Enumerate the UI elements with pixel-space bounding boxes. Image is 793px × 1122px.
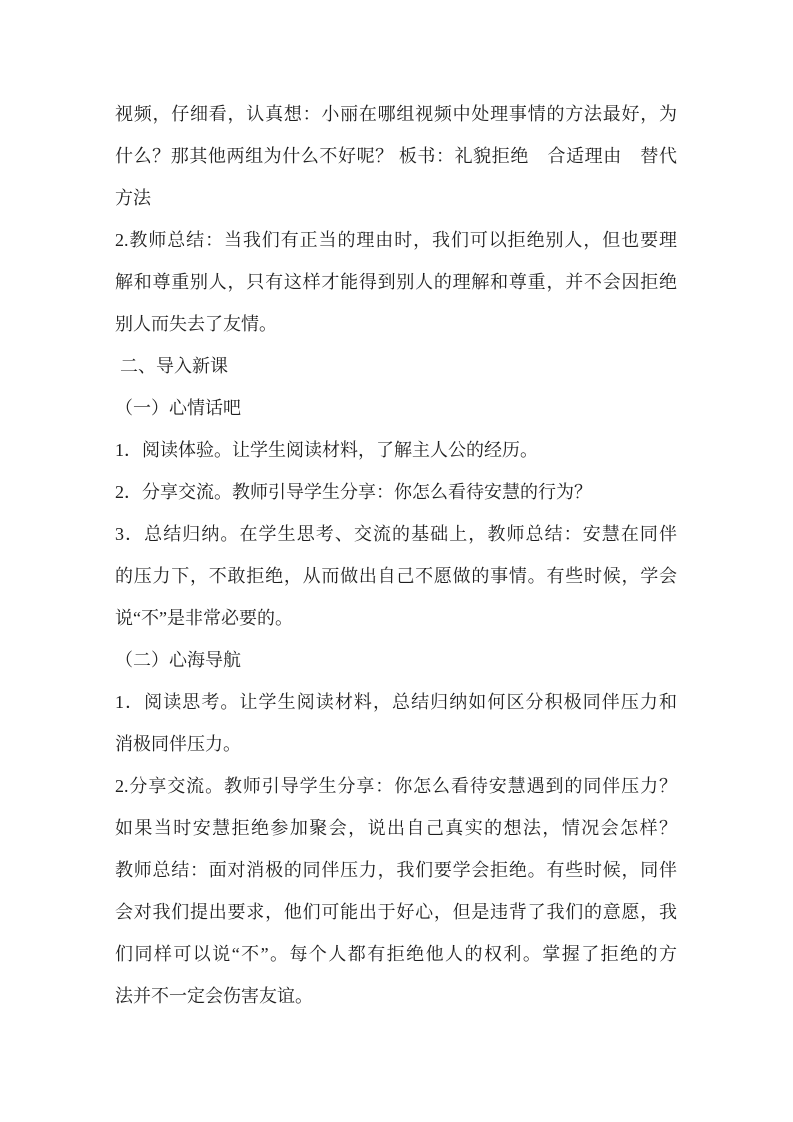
document-body: 视频，仔细看，认真想：小丽在哪组视频中处理事情的方法最好，为什么？那其他两组为什…	[115, 93, 677, 1017]
text-line: 3．总结归纳。在学生思考、交流的基础上，教师总结：安慧在同伴	[115, 513, 677, 555]
text-line: 二、导入新课	[115, 345, 677, 387]
text-line: 说“不”是非常必要的。	[115, 597, 677, 639]
text-line: 视频，仔细看，认真想：小丽在哪组视频中处理事情的方法最好，为	[115, 93, 677, 135]
text-line: 什么？那其他两组为什么不好呢？ 板书：礼貌拒绝 合适理由 替代	[115, 135, 677, 177]
text-line: （二）心海导航	[115, 639, 677, 681]
text-line: 2．分享交流。教师引导学生分享：你怎么看待安慧的行为？	[115, 471, 677, 513]
text-line: 消极同伴压力。	[115, 723, 677, 765]
text-line: 教师总结：面对消极的同伴压力，我们要学会拒绝。有些时候，同伴	[115, 849, 677, 891]
text-line: 1．阅读思考。让学生阅读材料，总结归纳如何区分积极同伴压力和	[115, 681, 677, 723]
text-line: 如果当时安慧拒绝参加聚会，说出自己真实的想法，情况会怎样？	[115, 807, 677, 849]
text-line: 解和尊重别人，只有这样才能得到别人的理解和尊重，并不会因拒绝	[115, 261, 677, 303]
text-line: （一）心情话吧	[115, 387, 677, 429]
text-line: 们同样可以说“不”。每个人都有拒绝他人的权利。掌握了拒绝的方	[115, 933, 677, 975]
text-line: 法并不一定会伤害友谊。	[115, 975, 677, 1017]
text-line: 2.教师总结：当我们有正当的理由时，我们可以拒绝别人，但也要理	[115, 219, 677, 261]
document-page: 视频，仔细看，认真想：小丽在哪组视频中处理事情的方法最好，为什么？那其他两组为什…	[0, 0, 793, 1122]
text-line: 别人而失去了友情。	[115, 303, 677, 345]
text-line: 2.分享交流。教师引导学生分享：你怎么看待安慧遇到的同伴压力？	[115, 765, 677, 807]
text-line: 会对我们提出要求，他们可能出于好心，但是违背了我们的意愿，我	[115, 891, 677, 933]
text-line: 1．阅读体验。让学生阅读材料，了解主人公的经历。	[115, 429, 677, 471]
text-line: 方法	[115, 177, 677, 219]
text-line: 的压力下，不敢拒绝，从而做出自己不愿做的事情。有些时候，学会	[115, 555, 677, 597]
